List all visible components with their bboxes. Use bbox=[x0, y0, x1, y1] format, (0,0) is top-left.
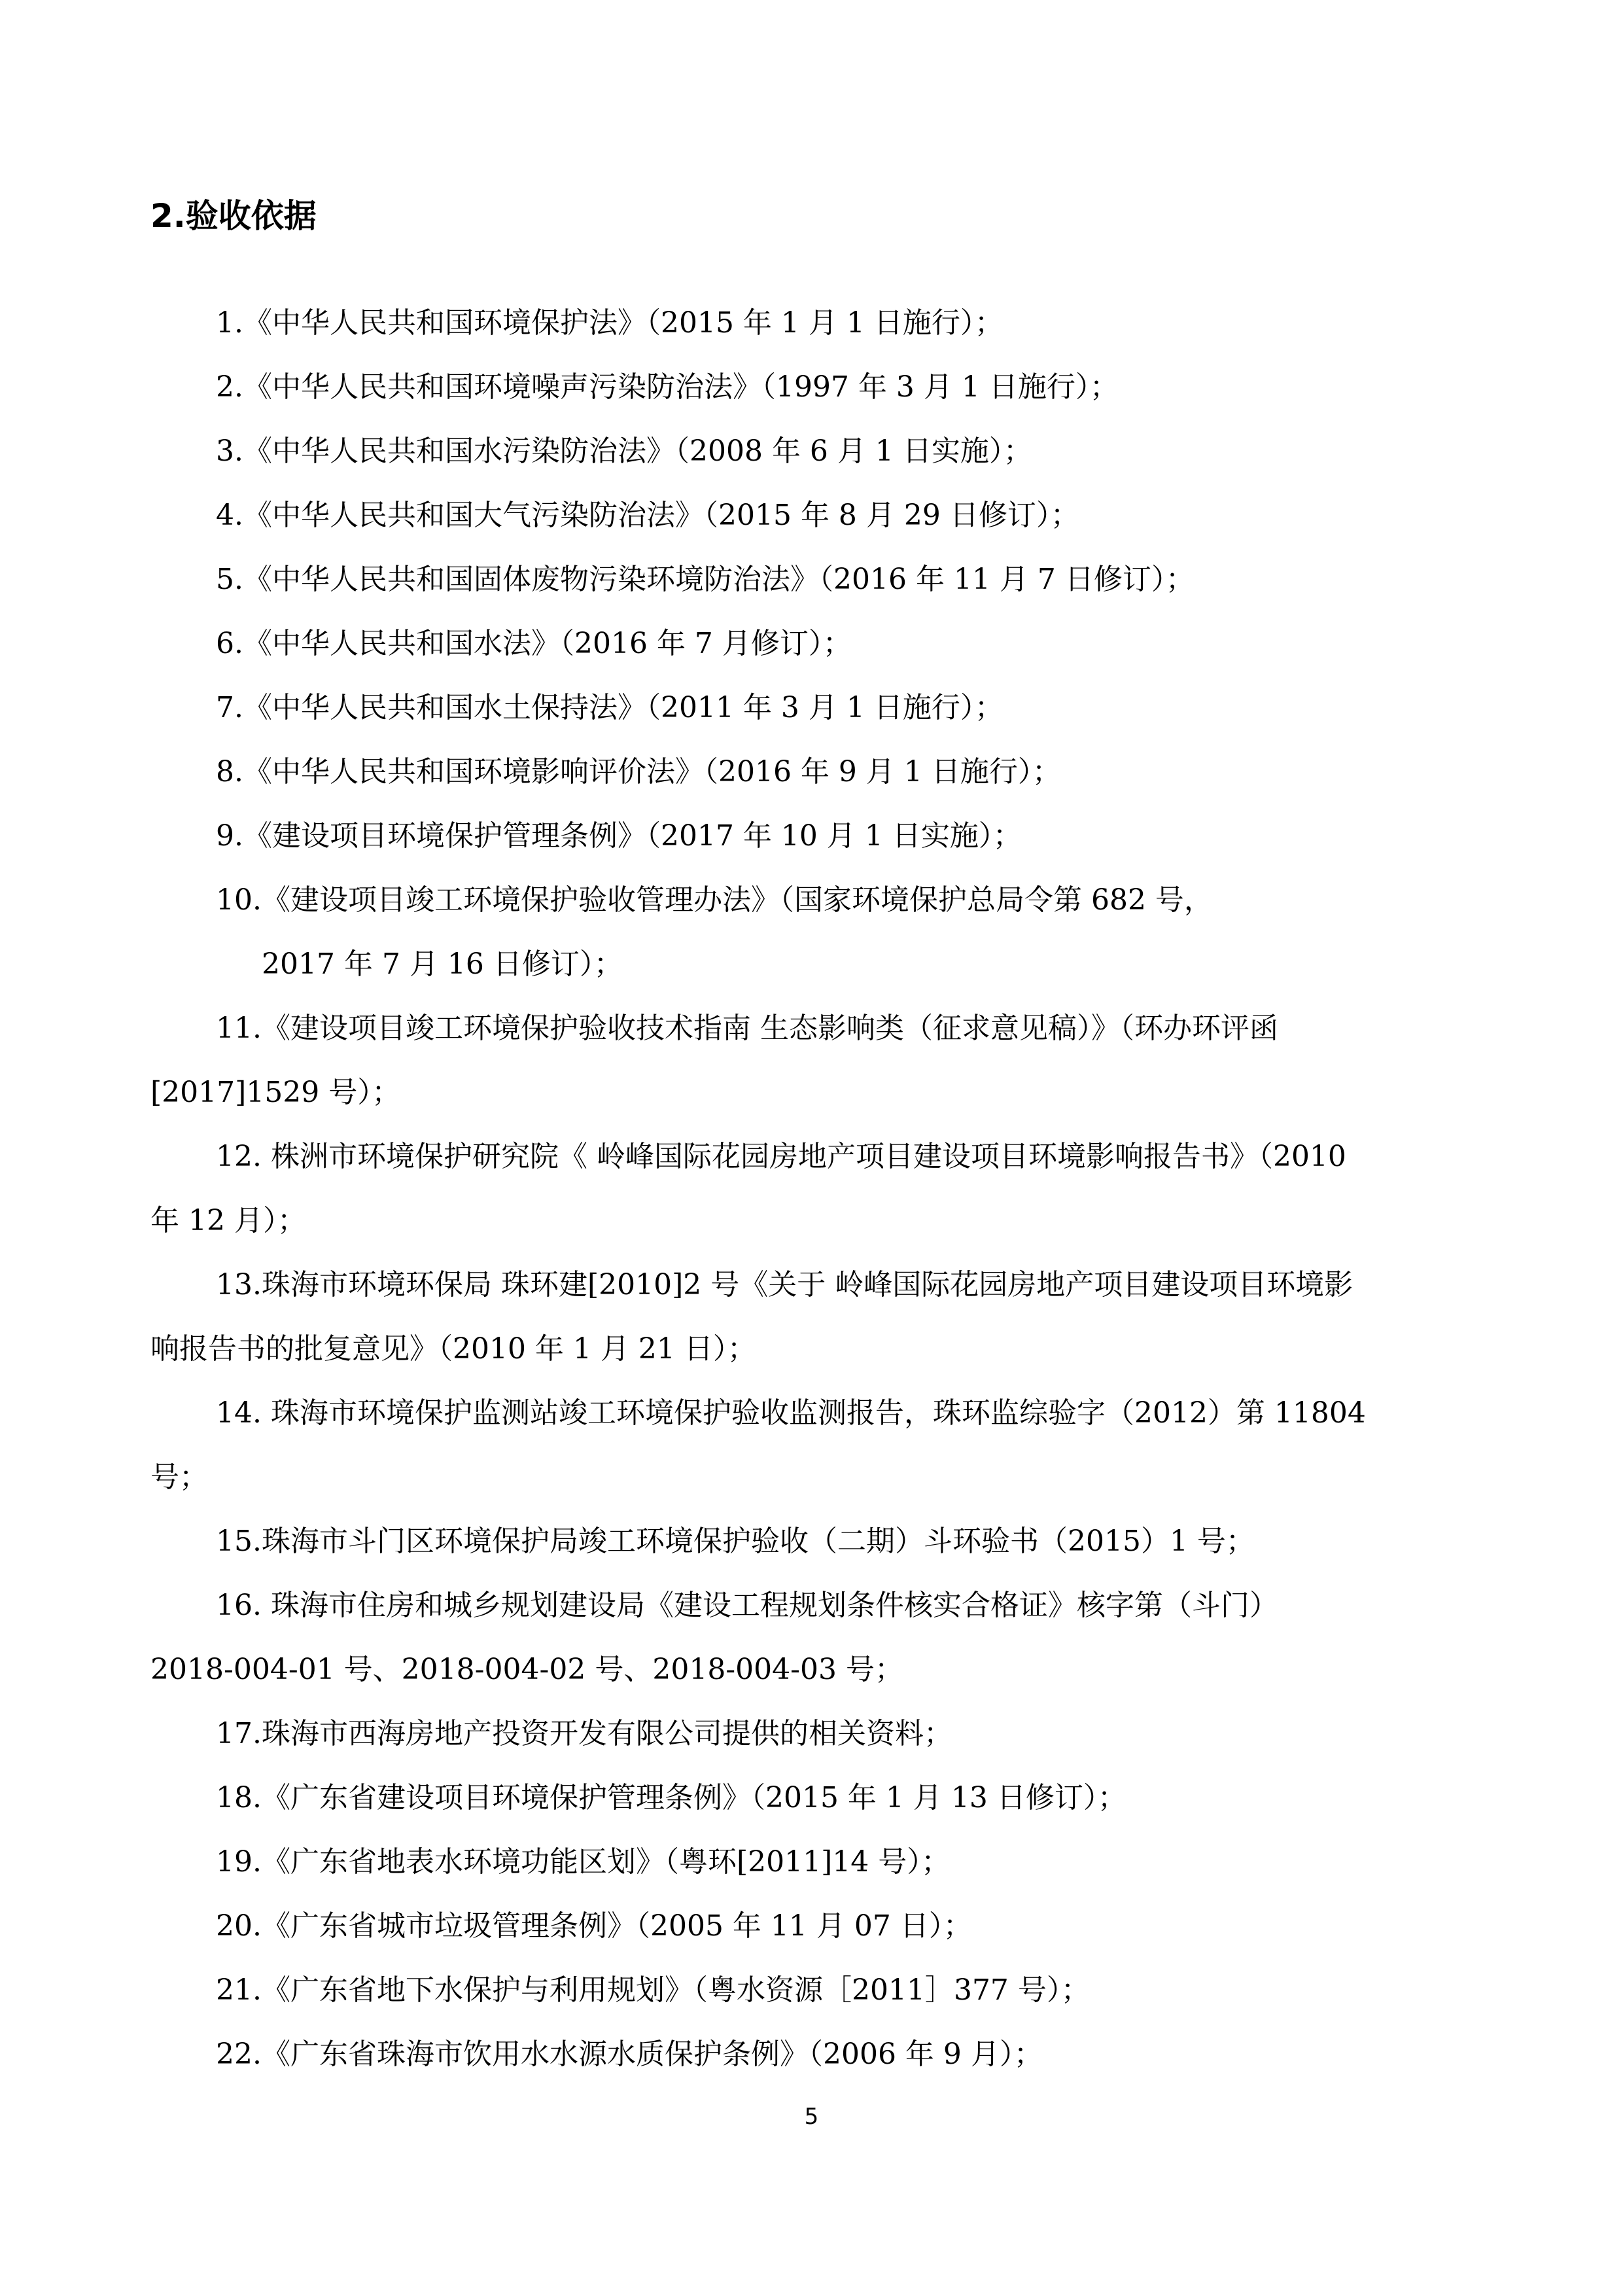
list-item-8: 8.《中华人民共和国环境影响评价法》（2016 年 9 月 1 日施行）； bbox=[150, 740, 1492, 804]
list-item-15: 15.珠海市斗门区环境保护局竣工环境保护验收（二期）斗环验书（2015）1 号； bbox=[150, 1510, 1492, 1574]
list-item-12: 12. 株洲市环境保护研究院《 岭峰国际花园房地产项目建设项目环境影响报告书》（… bbox=[150, 1125, 1492, 1189]
list-item-19: 19.《广东省地表水环境功能区划》（粤环[2011]14 号）； bbox=[150, 1830, 1492, 1894]
list-item-21: 21.《广东省地下水保护与利用规划》（粤水资源［2011］377 号）； bbox=[150, 1958, 1492, 2022]
document-page: 2.验收依据 1.《中华人民共和国环境保护法》（2015 年 1 月 1 日施行… bbox=[0, 0, 1623, 2296]
list-item-11-continued: [2017]1529 号）； bbox=[150, 1061, 1492, 1125]
list-item-10: 10.《建设项目竣工环境保护验收管理办法》（国家环境保护总局令第 682 号， bbox=[150, 868, 1492, 932]
page-number: 5 bbox=[0, 2104, 1623, 2130]
list-item-20: 20.《广东省城市垃圾管理条例》（2005 年 11 月 07 日）； bbox=[150, 1894, 1492, 1958]
list-item-2: 2.《中华人民共和国环境噪声污染防治法》（1997 年 3 月 1 日施行）； bbox=[150, 355, 1492, 419]
list-item-12-continued: 年 12 月）； bbox=[150, 1189, 1492, 1253]
list-item-11: 11.《建设项目竣工环境保护验收技术指南 生态影响类（征求意见稿）》（环办环评函 bbox=[150, 997, 1492, 1061]
list-item-14: 14. 珠海市环境保护监测站竣工环境保护验收监测报告，珠环监综验字（2012）第… bbox=[150, 1381, 1492, 1445]
list-item-22: 22.《广东省珠海市饮用水水源水质保护条例》（2006 年 9 月）； bbox=[150, 2022, 1492, 2087]
list-item-13: 13.珠海市环境环保局 珠环建[2010]2 号《关于 岭峰国际花园房地产项目建… bbox=[150, 1253, 1492, 1317]
reference-list: 1.《中华人民共和国环境保护法》（2015 年 1 月 1 日施行）； 2.《中… bbox=[150, 291, 1492, 2087]
list-item-17: 17.珠海市西海房地产投资开发有限公司提供的相关资料； bbox=[150, 1702, 1492, 1766]
list-item-7: 7.《中华人民共和国水土保持法》（2011 年 3 月 1 日施行）； bbox=[150, 676, 1492, 740]
list-item-5: 5.《中华人民共和国固体废物污染环境防治法》（2016 年 11 月 7 日修订… bbox=[150, 548, 1492, 612]
list-item-10-continued: 2017 年 7 月 16 日修订）； bbox=[150, 932, 1492, 997]
list-item-13-continued: 响报告书的批复意见》（2010 年 1 月 21 日）； bbox=[150, 1317, 1492, 1381]
list-item-3: 3.《中华人民共和国水污染防治法》（2008 年 6 月 1 日实施）； bbox=[150, 419, 1492, 484]
list-item-4: 4.《中华人民共和国大气污染防治法》（2015 年 8 月 29 日修订）； bbox=[150, 484, 1492, 548]
list-item-16: 16. 珠海市住房和城乡规划建设局《建设工程规划条件核实合格证》核字第（斗门） bbox=[150, 1574, 1492, 1638]
list-item-16-continued: 2018-004-01 号、2018-004-02 号、2018-004-03 … bbox=[150, 1638, 1492, 1702]
section-heading: 2.验收依据 bbox=[150, 196, 317, 236]
list-item-6: 6.《中华人民共和国水法》（2016 年 7 月修订）； bbox=[150, 612, 1492, 676]
list-item-14-continued: 号； bbox=[150, 1445, 1492, 1510]
list-item-1: 1.《中华人民共和国环境保护法》（2015 年 1 月 1 日施行）； bbox=[150, 291, 1492, 355]
list-item-18: 18.《广东省建设项目环境保护管理条例》（2015 年 1 月 13 日修订）； bbox=[150, 1766, 1492, 1830]
list-item-9: 9.《建设项目环境保护管理条例》（2017 年 10 月 1 日实施）； bbox=[150, 804, 1492, 868]
